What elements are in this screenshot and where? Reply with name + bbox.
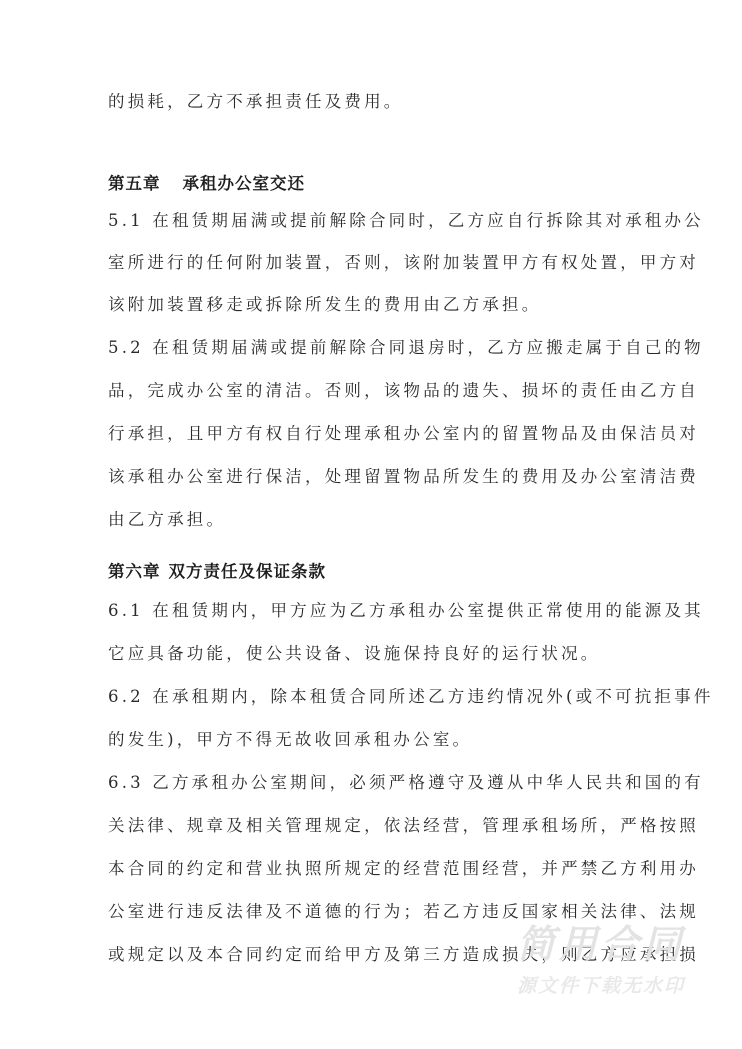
clause-5-2-line: 5.2 在租赁期届满或提前解除合同退房时，乙方应搬走属于自己的物 — [108, 338, 648, 358]
clause-6-3-line: 或规定以及本合同约定而给甲方及第三方造成损失，则乙方应承担损 — [108, 945, 648, 965]
clause-6-3-line: 关法律、规章及相关管理规定，依法经营，管理承租场所，严格按照 — [108, 816, 648, 836]
document-page: 的损耗，乙方不承担责任及费用。 第五章承租办公室交还 5.1 在租赁期届满或提前… — [0, 0, 742, 1049]
clause-6-3-line: 公室进行违反法律及不道德的行为；若乙方违反国家相关法律、法规 — [108, 902, 648, 922]
clause-5-2-line: 该承租办公室进行保洁，处理留置物品所发生的费用及办公室清洁费 — [108, 467, 648, 487]
chapter-5-number: 第五章 — [108, 174, 161, 193]
clause-5-1-line: 该附加装置移走或拆除所发生的费用由乙方承担。 — [108, 295, 648, 315]
clause-6-3-line: 本合同的约定和营业执照所规定的经营范围经营，并严禁乙方利用办 — [108, 859, 648, 879]
chapter-6-heading: 第六章双方责任及保证条款 — [108, 562, 326, 582]
chapter-6-number: 第六章 — [108, 562, 161, 581]
clause-6-1-line: 6.1 在租赁期内，甲方应为乙方承租办公室提供正常使用的能源及其 — [108, 601, 648, 621]
chapter-6-title: 双方责任及保证条款 — [169, 562, 327, 581]
chapter-5-title: 承租办公室交还 — [183, 174, 306, 193]
clause-5-1-line: 5.1 在租赁期届满或提前解除合同时，乙方应自行拆除其对承租办公 — [108, 211, 648, 231]
clause-5-1-line: 室所进行的任何附加装置，否则，该附加装置甲方有权处置，甲方对 — [108, 253, 648, 273]
clause-6-2-line: 的发生)，甲方不得无故收回承租办公室。 — [108, 730, 648, 750]
chapter-5-heading: 第五章承租办公室交还 — [108, 174, 305, 194]
watermark-sub-text: 源文件下载无水印 — [506, 974, 696, 998]
clause-5-2-line: 由乙方承担。 — [108, 510, 648, 530]
clause-5-2-line: 行承担，且甲方有权自行处理承租办公室内的留置物品及由保洁员对 — [108, 424, 648, 444]
clause-5-2-line: 品，完成办公室的清洁。否则，该物品的遗失、损坏的责任由乙方自 — [108, 381, 648, 401]
paragraph-line-intro-tail: 的损耗，乙方不承担责任及费用。 — [108, 92, 648, 112]
clause-6-1-line: 它应具备功能，使公共设备、设施保持良好的运行状况。 — [108, 644, 648, 664]
clause-6-3-line: 6.3 乙方承租办公室期间，必须严格遵守及遵从中华人民共和国的有 — [108, 773, 648, 793]
clause-6-2-line: 6.2 在承租期内，除本租赁合同所述乙方违约情况外(或不可抗拒事件 — [108, 687, 648, 707]
